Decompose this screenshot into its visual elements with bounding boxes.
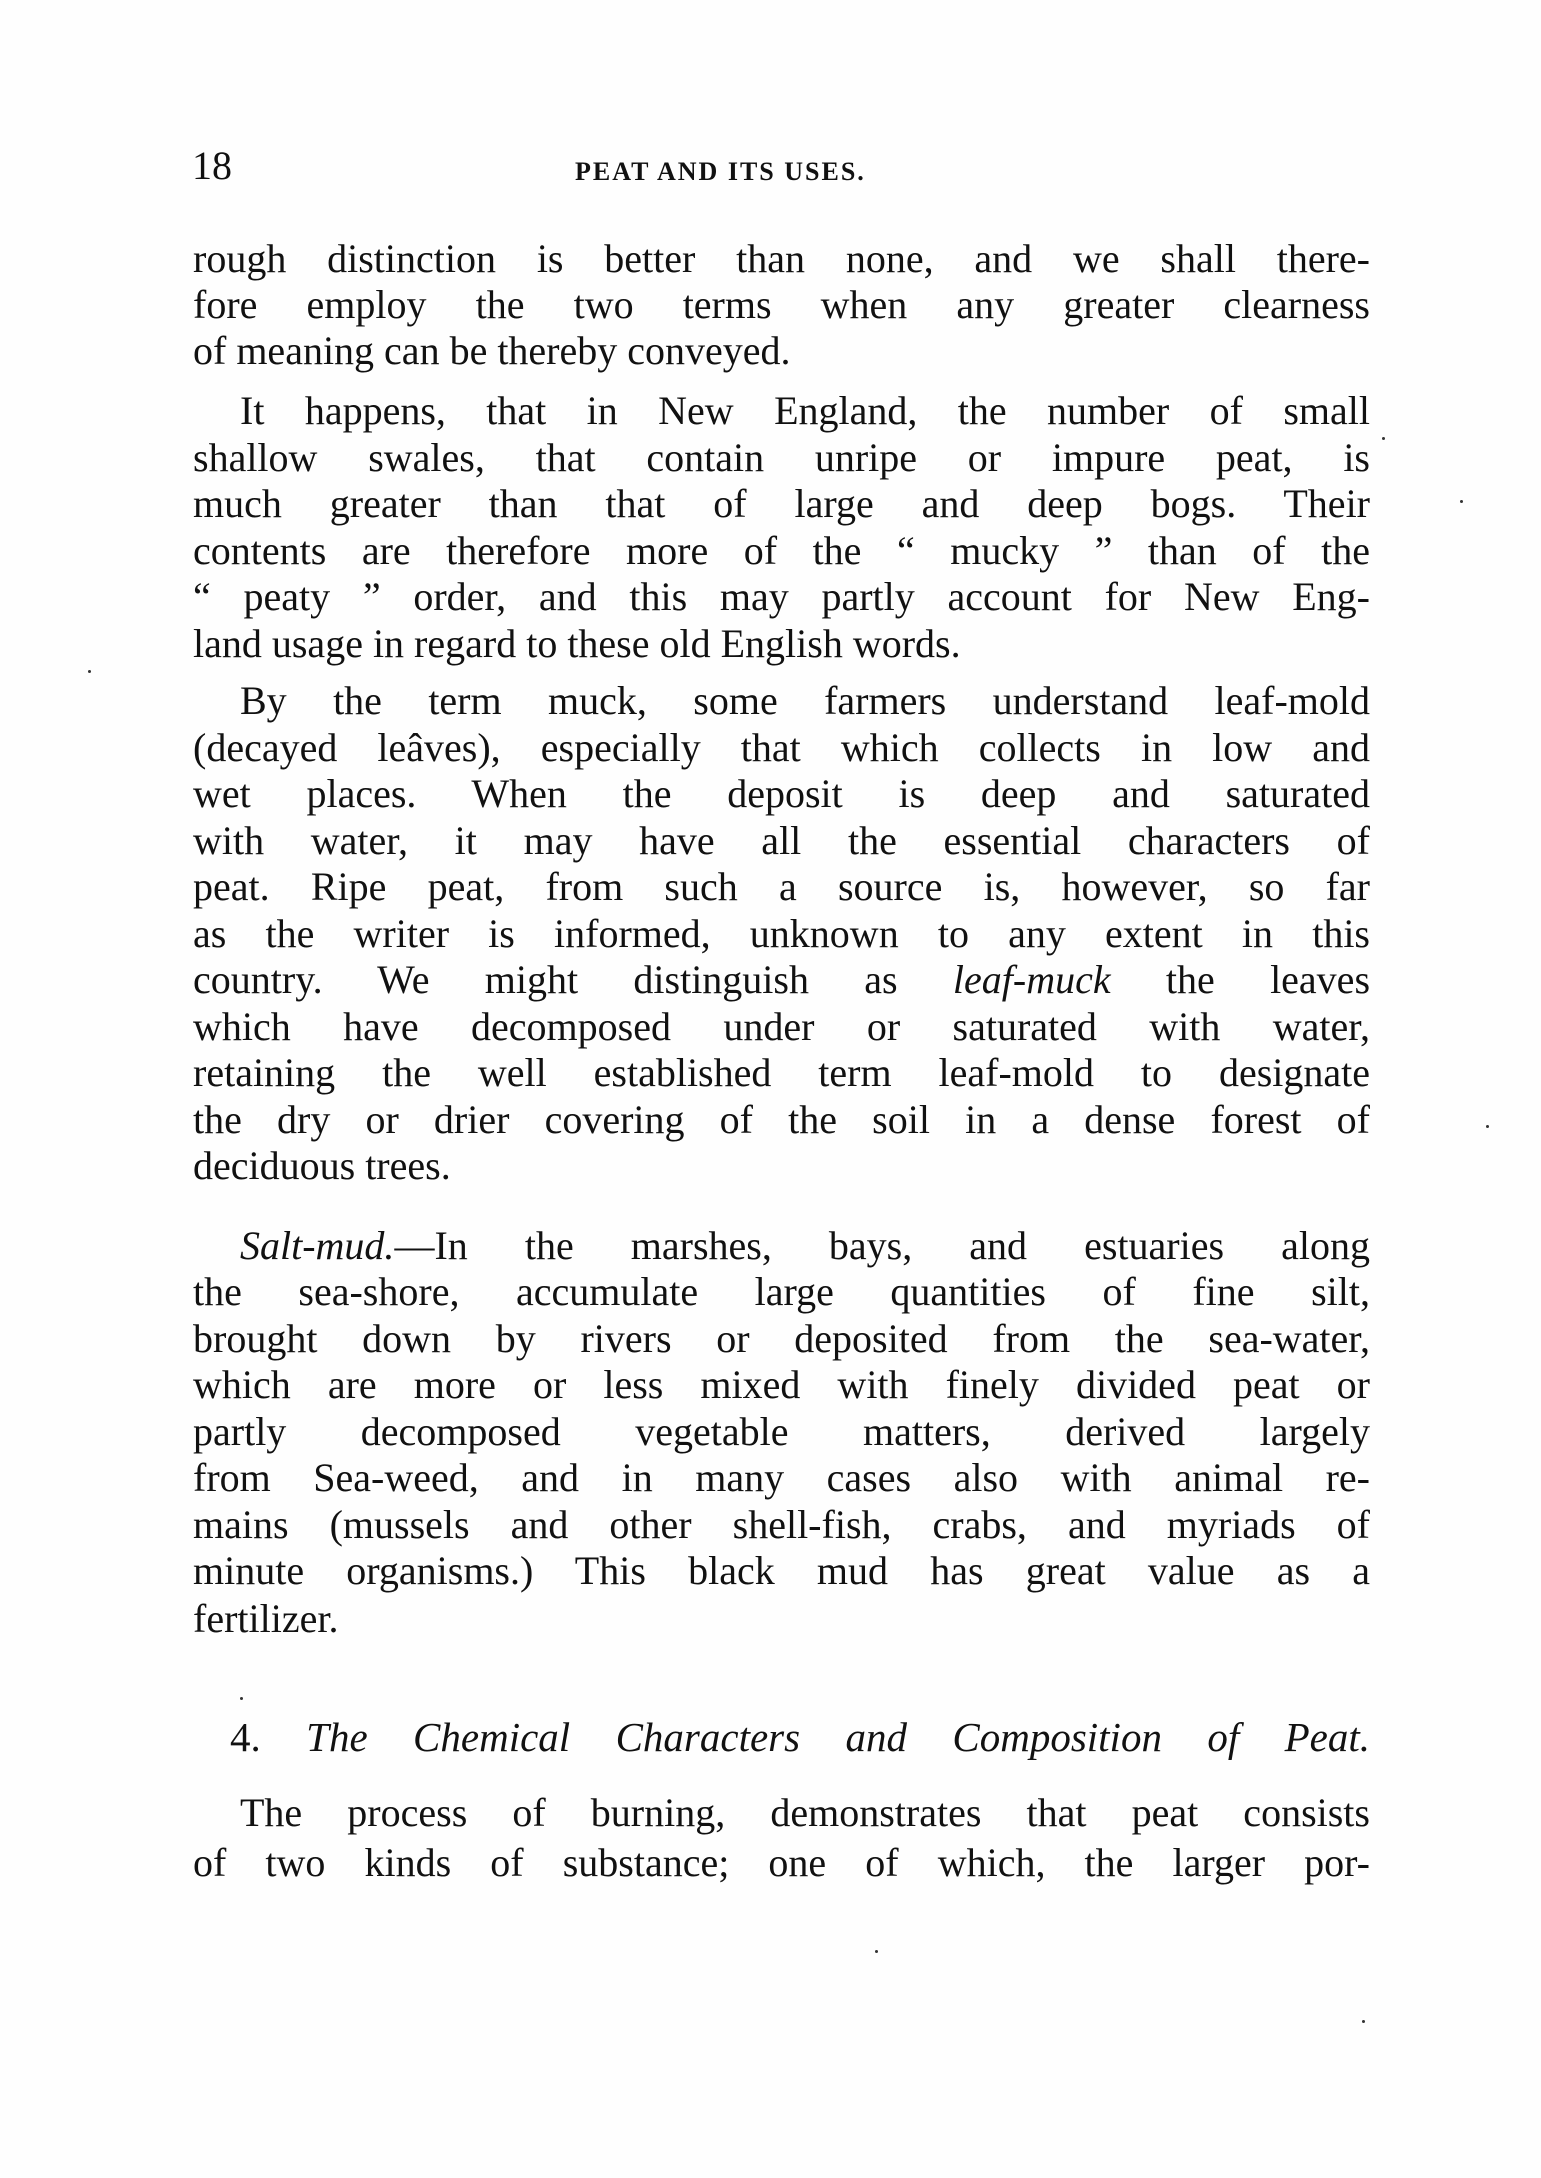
text-line: with water, it may have all the essentia… (193, 818, 1370, 864)
italic-term-salt-mud: Salt-mud. (240, 1223, 394, 1268)
text-line: which have decomposed under or saturated… (193, 1004, 1370, 1050)
text-line: of two kinds of substance; one of which,… (193, 1840, 1370, 1886)
scan-speck (1362, 2020, 1365, 2023)
text-line: the sea-shore, accumulate large quantiti… (193, 1269, 1370, 1315)
text-line: It happens, that in New England, the num… (240, 388, 1370, 434)
text-line: retaining the well established term leaf… (193, 1050, 1370, 1096)
scan-speck (88, 670, 91, 673)
scan-speck (240, 1697, 243, 1700)
text-line: country. We might distinguish as leaf-mu… (193, 957, 1370, 1003)
text-line: which are more or less mixed with finely… (193, 1362, 1370, 1408)
scan-speck (1460, 500, 1463, 503)
text-line: mains (mussels and other shell-fish, cra… (193, 1502, 1370, 1548)
text-line: “ peaty ” order, and this may partly acc… (193, 574, 1370, 620)
text-line: contents are therefore more of the “ muc… (193, 528, 1370, 574)
scan-speck (875, 1950, 878, 1953)
text-line: of meaning can be thereby conveyed. (193, 328, 1370, 374)
italic-term-leaf-muck: leaf-muck (953, 957, 1111, 1002)
running-head: PEAT AND ITS USES. (575, 158, 866, 186)
section-heading: 4. The Chemical Characters and Compositi… (230, 1714, 1370, 1760)
text-line: as the writer is informed, unknown to an… (193, 911, 1370, 957)
text-line: Salt-mud.—In the marshes, bays, and estu… (240, 1223, 1370, 1269)
line-text: —In the marshes, bays, and estuaries alo… (394, 1223, 1370, 1268)
text-line: from Sea-weed, and in many cases also wi… (193, 1455, 1370, 1501)
text-line: The process of burning, demonstrates tha… (240, 1790, 1370, 1836)
text-line: the dry or drier covering of the soil in… (193, 1097, 1370, 1143)
text-line: fore employ the two terms when any great… (193, 282, 1370, 328)
scan-speck (1486, 1125, 1489, 1128)
text-line: partly decomposed vegetable matters, der… (193, 1409, 1370, 1455)
text-line: By the term muck, some farmers understan… (240, 678, 1370, 724)
line-text: country. We might distinguish as (193, 957, 953, 1002)
text-line: fertilizer. (193, 1596, 1370, 1642)
text-line: much greater than that of large and deep… (193, 481, 1370, 527)
section-title: The Chemical Characters and Composition … (306, 1714, 1370, 1760)
text-line: rough distinction is better than none, a… (193, 236, 1370, 282)
book-page: 18 PEAT AND ITS USES. rough distinction … (0, 0, 1541, 2178)
text-line: land usage in regard to these old Englis… (193, 621, 1370, 667)
text-line: peat. Ripe peat, from such a source is, … (193, 864, 1370, 910)
line-text: the leaves (1111, 957, 1370, 1002)
section-number: 4. (230, 1714, 261, 1760)
text-line: wet places. When the deposit is deep and… (193, 771, 1370, 817)
page-number: 18 (192, 146, 232, 186)
scan-speck (1382, 437, 1385, 440)
text-line: brought down by rivers or deposited from… (193, 1316, 1370, 1362)
text-line: shallow swales, that contain unripe or i… (193, 435, 1370, 481)
text-line: deciduous trees. (193, 1143, 1370, 1189)
text-line: (decayed leâves), especially that which … (193, 725, 1370, 771)
text-line: minute organisms.) This black mud has gr… (193, 1548, 1370, 1594)
